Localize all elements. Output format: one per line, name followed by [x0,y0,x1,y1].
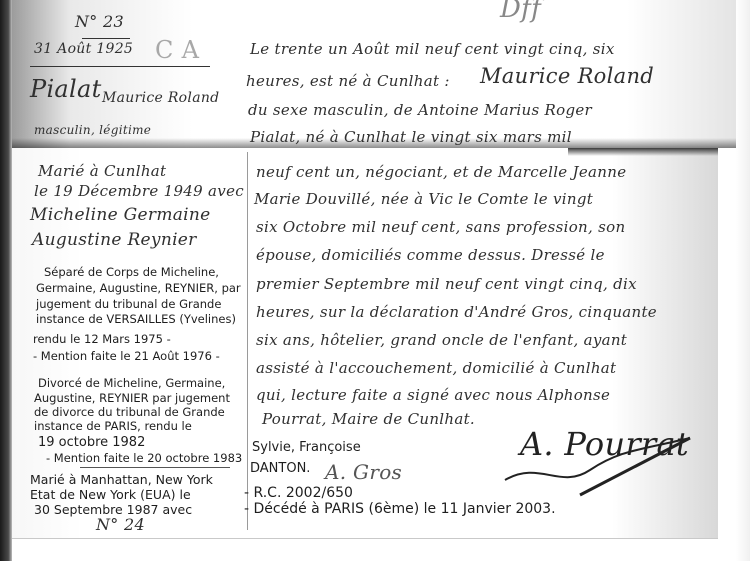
margin-separation-line: Germaine, Augustine, REYNIER, par [36,282,241,295]
margin-divorce-line: 19 octobre 1982 [38,436,145,449]
margin-separator [80,467,230,468]
act-date-underline [30,66,210,67]
margin-separation-line: rendu le 12 Mars 1975 - [33,333,171,346]
body-line: Pourrat, Maire de Cunlhat. [262,410,475,428]
signature-flourish [500,430,700,500]
margin-marriage-1-line: Marié à Cunlhat [38,162,166,180]
body-line: heures, est né à Cunlhat : [246,72,450,90]
margin-marriage-1-line: le 19 Décembre 1949 avec [34,182,244,200]
body-line: qui, lecture faite a signé avec nous Alp… [256,386,610,404]
margin-divorce-line: Augustine, REYNIER par jugement [34,392,230,405]
death-register-ref: - R.C. 2002/650 [244,485,353,501]
margin-marriage-1-line: Augustine Reynier [32,230,197,250]
scanner-edge [0,0,12,561]
margin-separation-line: - Mention faite le 21 Août 1976 - [33,350,220,363]
margin-separation-line: jugement du tribunal de Grande [36,298,221,311]
sex-and-status: masculin, légitime [34,123,151,137]
body-line: du sexe masculin, de Antoine Marius Roge… [248,101,592,119]
margin-marriage-2-line: Marié à Manhattan, New York [30,473,213,486]
spouse-2-line: DANTON. [250,461,310,476]
death-record: - Décédé à PARIS (6ème) le 11 Janvier 20… [244,501,556,517]
margin-separation-line: Séparé de Corps de Micheline, [44,266,219,279]
margin-divorce-line: instance de PARIS, rendu le [34,420,192,433]
body-line: neuf cent un, négociant, et de Marcelle … [256,163,626,181]
act-date: 31 Août 1925 [34,41,133,57]
body-line: Pialat, né à Cunlhat le vingt six mars m… [250,128,572,146]
margin-marriage-2-line: Etat de New York (EUA) le [30,488,191,501]
margin-divorce-line: - Mention faite le 20 octobre 1983 [46,452,242,465]
pencil-annotation: C A [155,36,199,64]
top-signature-fragment: Dff [500,0,541,24]
next-act-number: N° 24 [96,515,145,534]
child-given-names: Maurice Roland [102,90,219,106]
spouse-2-line: Sylvie, Françoise [252,440,361,455]
body-line: épouse, domiciliés comme dessus. Dressé … [256,246,605,264]
child-name-body: Maurice Roland [480,64,654,88]
body-line: six ans, hôtelier, grand oncle de l'enfa… [256,331,627,349]
scanner-edge-right [736,0,750,561]
body-line: assisté à l'accouchement, domicilié à Cu… [256,359,616,377]
act-number: N° 23 [75,12,124,31]
margin-divorce-line: de divorce du tribunal de Grande [34,406,225,419]
body-line: Marie Douvillé, née à Vic le Comte le vi… [254,190,593,208]
child-surname: Pialat [30,75,102,103]
body-line: heures, sur la déclaration d'André Gros,… [256,303,657,321]
body-line: Le trente un Août mil neuf cent vingt ci… [250,40,615,58]
margin-divider [247,152,248,530]
act-number-underline [82,38,130,39]
margin-separation-line: instance de VERSAILLES (Yvelines) [36,313,236,326]
declarant-signature: A. Gros [325,460,402,484]
margin-divorce-line: Divorcé de Micheline, Germaine, [38,377,225,390]
body-line: six Octobre mil neuf cent, sans professi… [256,218,625,236]
body-line: premier Septembre mil neuf cent vingt ci… [256,275,637,293]
margin-marriage-1-line: Micheline Germaine [30,205,211,225]
